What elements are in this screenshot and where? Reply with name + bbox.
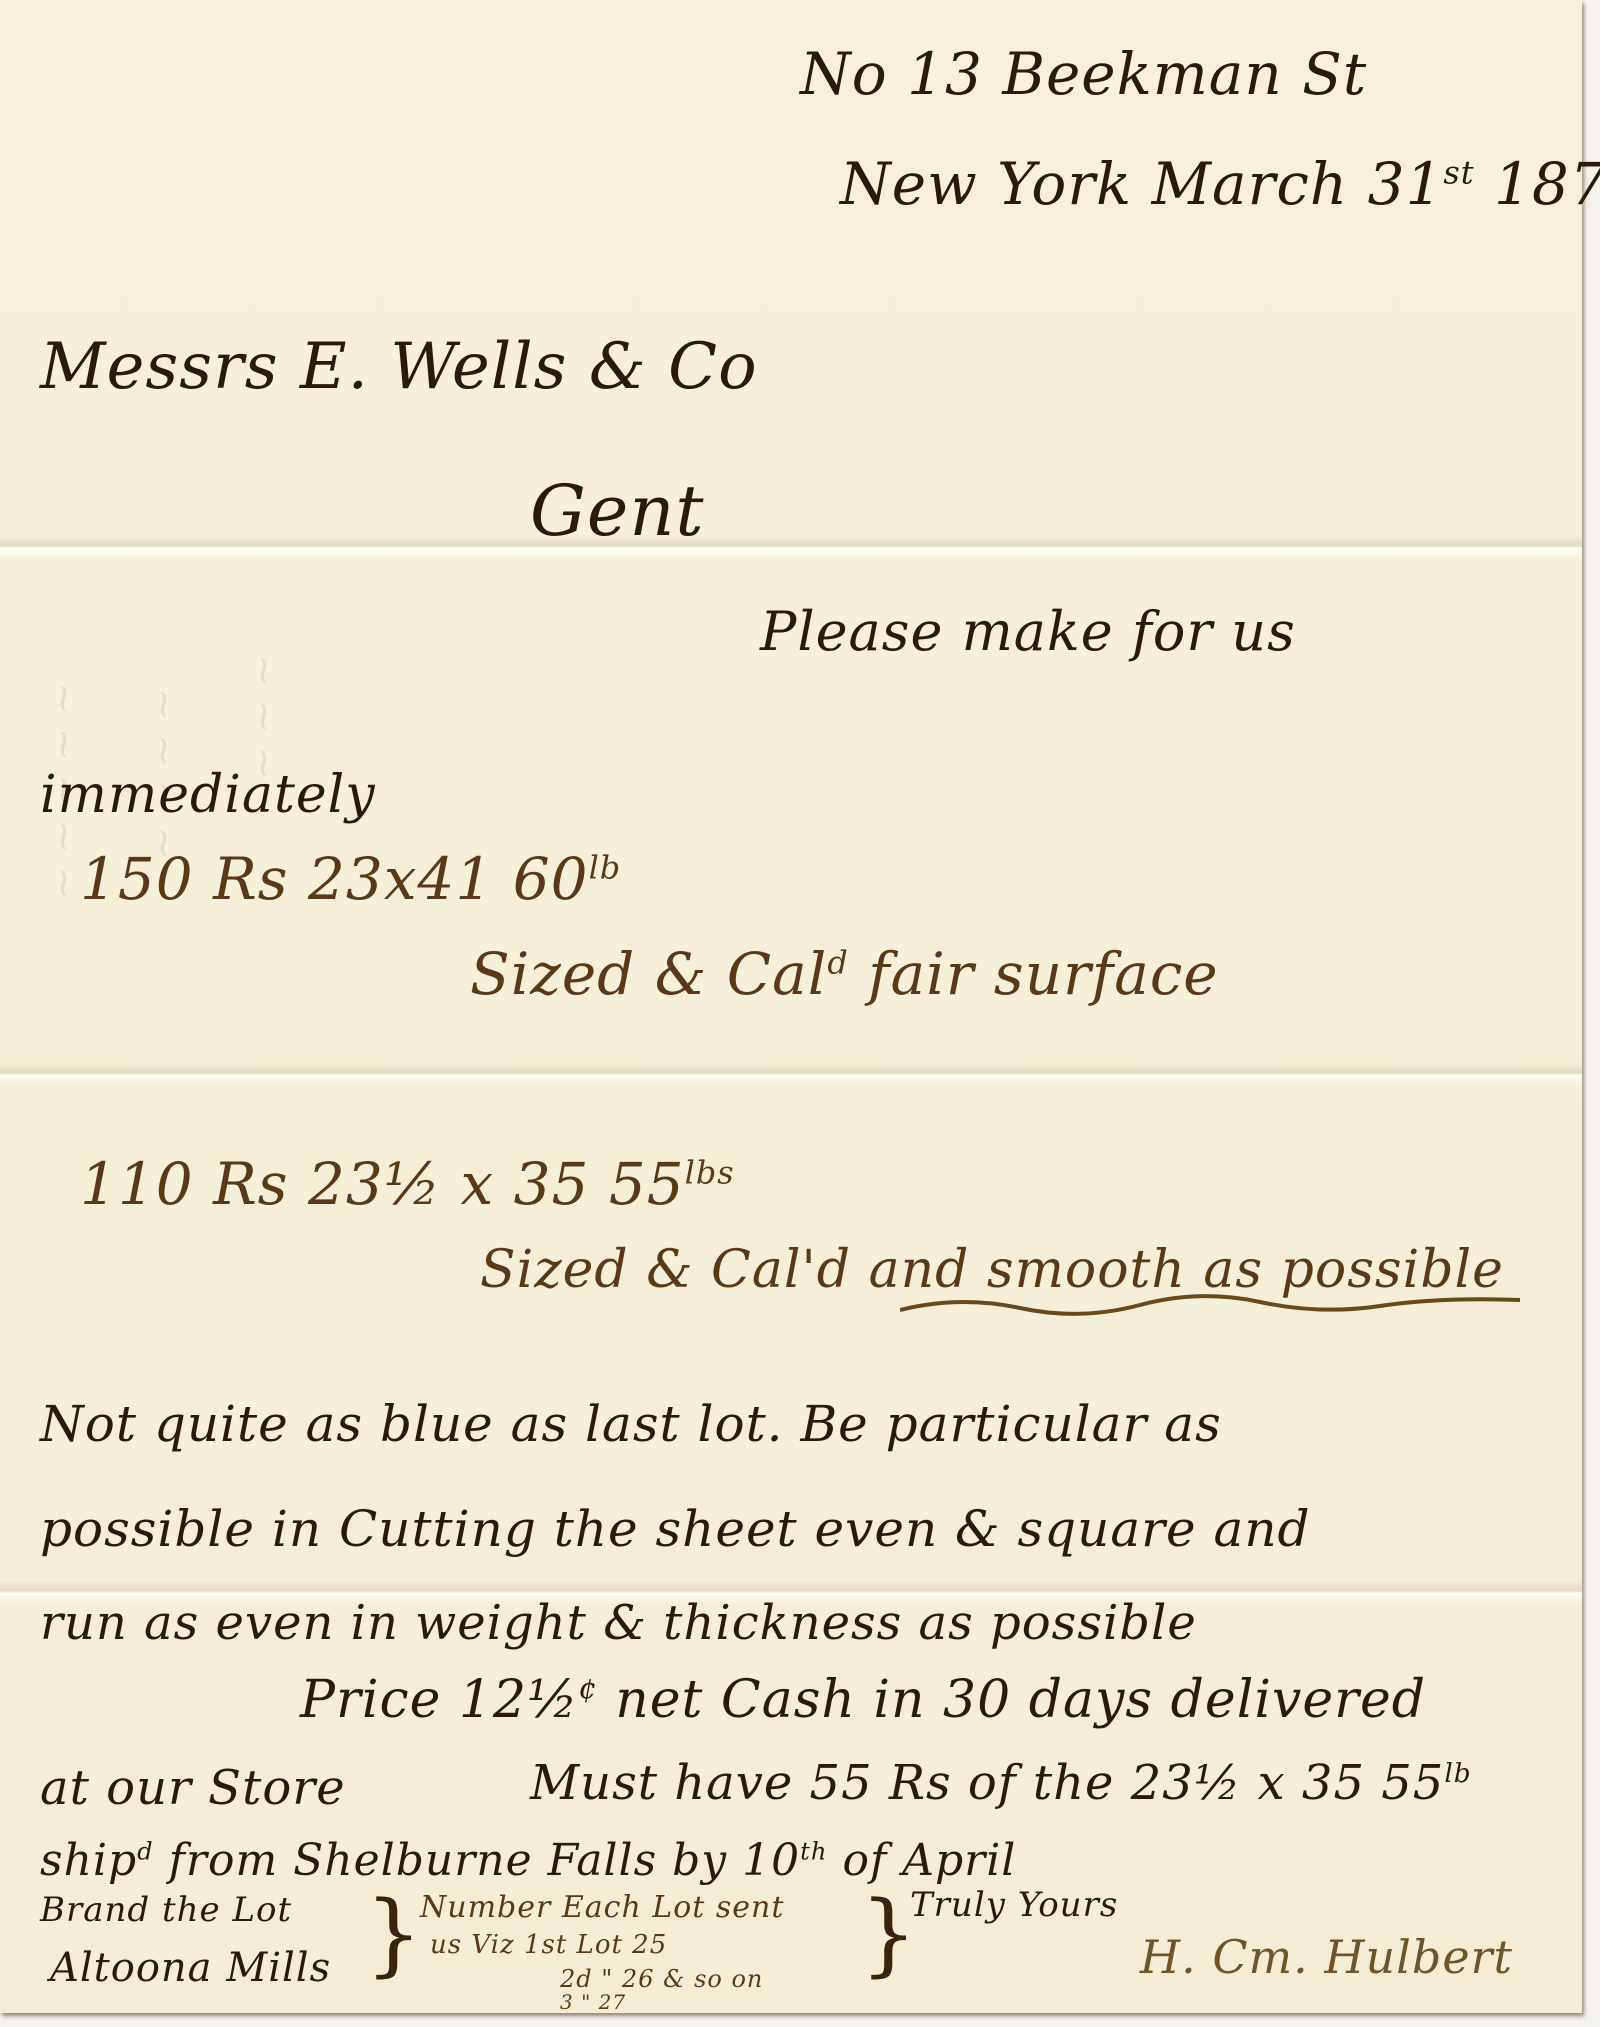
note-text: Brand the Lot: [40, 1890, 292, 1930]
order-2-quantity: 110 Rs 23½ x 35 55lbs: [80, 1150, 735, 1218]
number-note-line-4: 3 " 27: [560, 1990, 626, 2014]
date-suffix: st: [1443, 154, 1474, 192]
price-unit: ¢: [578, 1672, 597, 1706]
note-text: 2d " 26 & so on: [560, 1965, 763, 1993]
note-text: us Viz 1st Lot 25: [430, 1930, 667, 1960]
underline-wavy: [900, 1290, 1540, 1320]
salutation-text: Gent: [530, 470, 705, 552]
brace-icon: }: [860, 1890, 917, 1980]
paragraph-text: run as even in weight & thickness as pos…: [40, 1595, 1197, 1651]
delivery-text: at our Store: [40, 1760, 346, 1816]
delivery-text: of April: [842, 1835, 1016, 1886]
unit-mark: lb: [589, 849, 622, 887]
recipient-text: Messrs E. Wells & Co: [40, 330, 758, 404]
letter-paper: ~ ~ ~ ~ ~ ~ ~ ~ ~ ~ ~ ~ No 13 Beekman St…: [0, 0, 1582, 2013]
number-note-line-3: 2d " 26 & so on: [560, 1965, 763, 1993]
delivery-text: Must have 55 Rs of the 23½ x 35 55: [530, 1755, 1444, 1811]
note-text: Altoona Mills: [50, 1945, 331, 1991]
letter-date: New York March 31st 1871: [840, 150, 1600, 218]
year-text: 1871: [1494, 150, 1600, 218]
body-text: immediately: [40, 765, 376, 825]
fold-crease: [0, 1062, 1582, 1086]
closing: Truly Yours: [910, 1885, 1118, 1925]
note-text: 3 " 27: [560, 1990, 626, 2014]
sender-address: No 13 Beekman St: [800, 40, 1367, 108]
delivery-text: from Shelburne Falls by 10: [169, 1835, 801, 1886]
note-text: Number Each Lot sent: [420, 1890, 784, 1925]
number-note-line-1: Number Each Lot sent: [420, 1890, 784, 1925]
brand-note-line-1: Brand the Lot: [40, 1890, 292, 1930]
suffix: d: [137, 1837, 153, 1865]
brand-note-line-2: Altoona Mills: [50, 1945, 331, 1991]
finish-suffix: d: [827, 944, 848, 982]
price-line: Price 12½¢ net Cash in 30 days delivered: [300, 1670, 1426, 1730]
finish-text: Sized & Cal: [470, 940, 827, 1008]
price-label: Price 12½: [300, 1670, 578, 1730]
show-through-ink: ~ ~ ~: [240, 654, 286, 780]
paragraph-line-2: possible in Cutting the sheet even & squ…: [40, 1500, 1311, 1558]
delivery-line-2: shipd from Shelburne Falls by 10th of Ap…: [40, 1835, 1016, 1886]
delivery-line-1b: Must have 55 Rs of the 23½ x 35 55lb: [530, 1755, 1472, 1811]
finish-text: Sized & Cal'd: [480, 1240, 851, 1300]
paragraph-line-3: run as even in weight & thickness as pos…: [40, 1595, 1197, 1651]
recipient: Messrs E. Wells & Co: [40, 330, 758, 404]
signature-text: H. Cm. Hulbert: [1140, 1930, 1513, 1984]
order-1-finish: Sized & Cald fair surface: [470, 940, 1219, 1008]
number-note-line-2: us Viz 1st Lot 25: [430, 1930, 667, 1960]
fold-crease: [0, 535, 1582, 559]
order-quantity: 150 Rs 23x41 60: [80, 845, 589, 913]
closing-text: Truly Yours: [910, 1885, 1118, 1925]
delivery-text: ship: [40, 1835, 137, 1886]
delivery-line-1: at our Store: [40, 1760, 346, 1816]
signature: H. Cm. Hulbert: [1140, 1930, 1513, 1984]
suffix: th: [800, 1837, 827, 1865]
date-text: New York March 31: [840, 150, 1443, 218]
salutation: Gent: [530, 470, 705, 552]
body-text: Please make for us: [760, 600, 1296, 663]
paragraph-text: possible in Cutting the sheet even & squ…: [40, 1500, 1311, 1558]
price-terms: net Cash in 30 days delivered: [615, 1670, 1426, 1730]
paragraph-text: Not quite as blue as last lot. Be partic…: [40, 1395, 1222, 1453]
order-quantity: 110 Rs 23½ x 35 55: [80, 1150, 685, 1218]
unit-mark: lbs: [685, 1154, 735, 1192]
body-line-immediately: immediately: [40, 765, 376, 825]
finish-rest: fair surface: [868, 940, 1218, 1008]
paragraph-line-1: Not quite as blue as last lot. Be partic…: [40, 1395, 1222, 1453]
order-1-quantity: 150 Rs 23x41 60lb: [80, 845, 621, 913]
body-line-please: Please make for us: [760, 600, 1296, 663]
brace-icon: }: [365, 1890, 422, 1980]
address-text: No 13 Beekman St: [800, 40, 1367, 108]
unit-mark: lb: [1444, 1758, 1471, 1789]
